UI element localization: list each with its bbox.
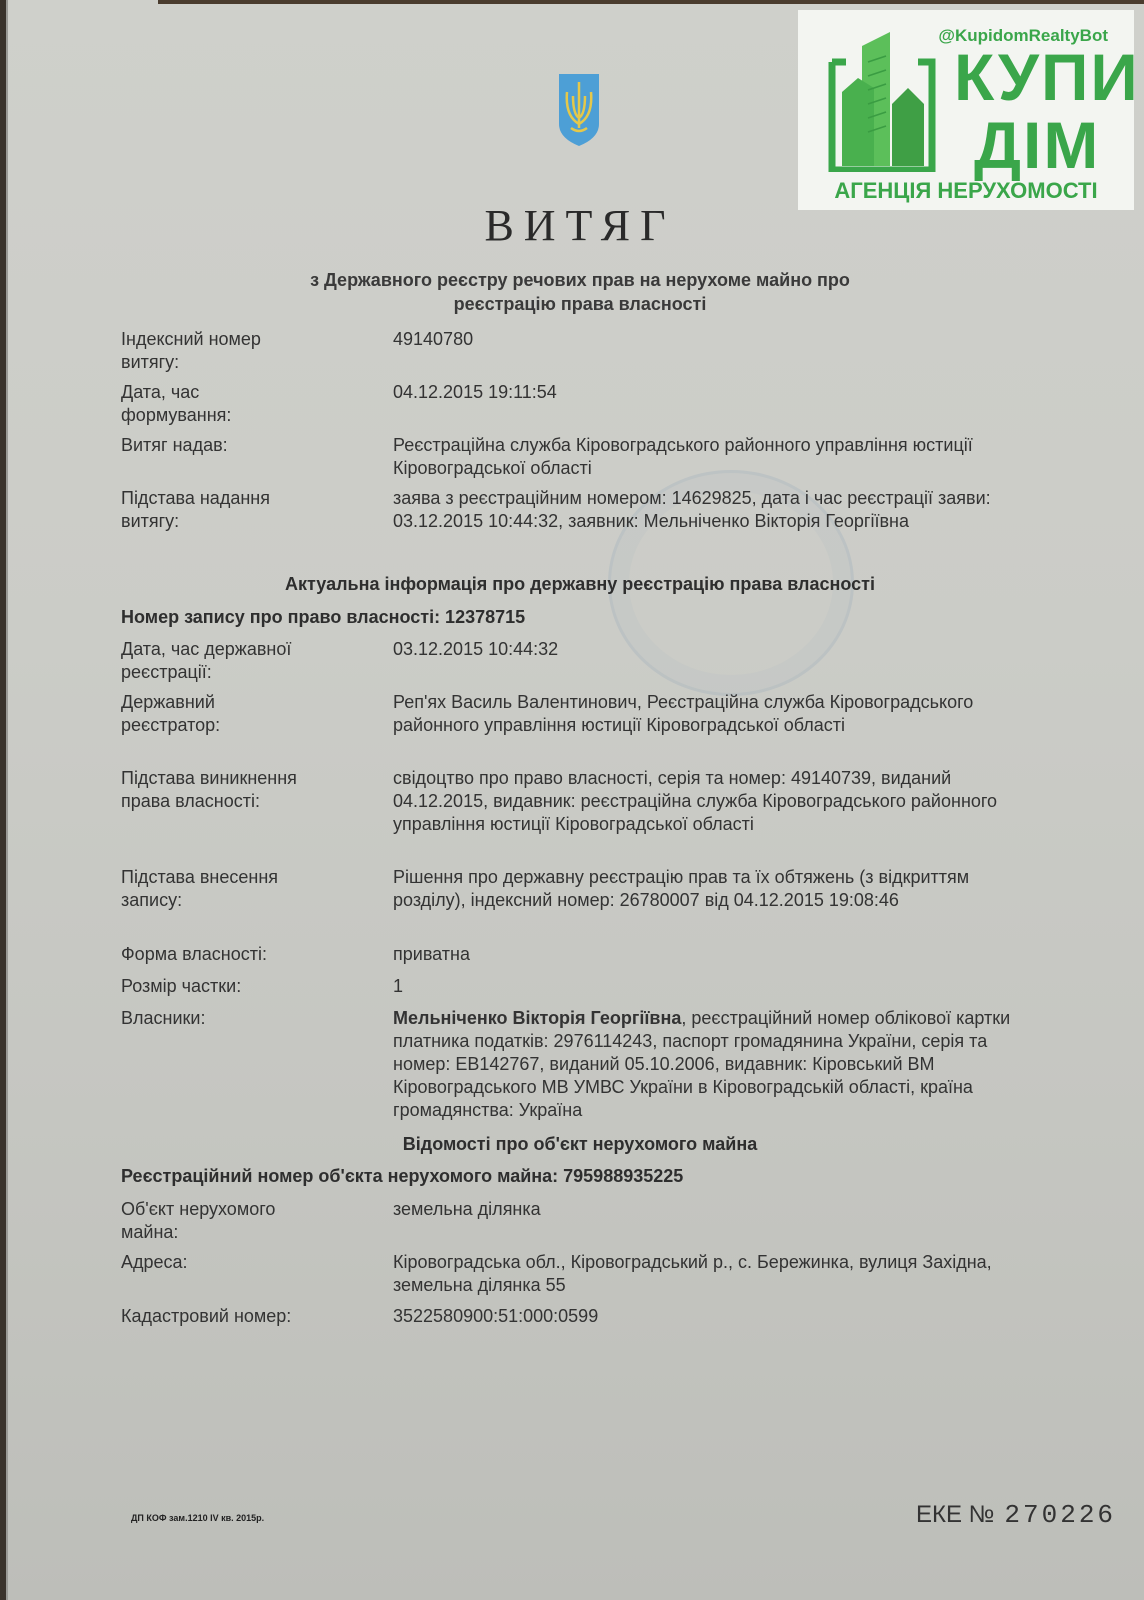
field-value: заява з реєстраційним номером: 14629825,… [393,487,1033,533]
document-subtitle: з Державного реєстру речових прав на нер… [8,268,1144,316]
field-label: Підстава надання витягу: [121,487,301,533]
property-reg-number: Реєстраційний номер об'єкта нерухомого м… [121,1166,683,1187]
background-edge [158,0,1144,4]
field-label: Об'єкт нерухомого майна: [121,1198,311,1244]
field-label: Підстава виникнення права власності: [121,767,341,813]
field-owners: Власники: Мельніченко Вікторія Георгіївн… [121,1007,1041,1125]
agency-watermark-logo: @KupidomRealtyBot КУПИ ДІМ АГЕНЦІЯ НЕРУХ… [798,10,1134,210]
section-title-property: Відомості про об'єкт нерухомого майна [8,1134,1144,1155]
series-number: ЕКЕ №270226 [916,1500,1116,1530]
field-value: земельна ділянка [393,1198,1033,1221]
field-formation-date: Дата, час формування: 04.12.2015 19:11:5… [121,381,1041,429]
series-label: ЕКЕ № [916,1501,994,1528]
field-label: Власники: [121,1007,371,1030]
owner-name: Мельніченко Вікторія Георгіївна [393,1008,681,1028]
field-label: Кадастровий номер: [121,1305,371,1328]
field-ownership-form: Форма власності: приватна [121,943,1041,967]
field-extract-index: Індексний номер витягу: 49140780 [121,328,1041,376]
field-cadastral-number: Кадастровий номер: 3522580900:51:000:059… [121,1305,1041,1329]
field-value: 49140780 [393,328,1033,351]
subtitle-line-2: реєстрацію права власності [8,292,1144,316]
field-label: Державний реєстратор: [121,691,271,737]
field-value: 3522580900:51:000:0599 [393,1305,1033,1328]
field-entry-basis: Підстава внесення запису: Рішення про де… [121,866,1041,936]
field-value: Кіровоградська обл., Кіровоградський р.,… [393,1251,1033,1297]
brand-line-2: ДІМ [974,110,1100,180]
field-label: Індексний номер витягу: [121,328,291,374]
field-value: свідоцтво про право власності, серія та … [393,767,1033,836]
field-registration-date: Дата, час державної реєстрації: 03.12.20… [121,638,1041,686]
field-value: Мельніченко Вікторія Георгіївна, реєстра… [393,1007,1033,1122]
field-label: Дата, час формування: [121,381,271,427]
field-value: 04.12.2015 19:11:54 [393,381,1033,404]
print-code: ДП КОФ зам.1210 IV кв. 2015р. [131,1513,264,1523]
ukraine-trident-icon [557,72,601,148]
field-ownership-basis: Підстава виникнення права власності: сві… [121,767,1041,859]
field-value: 03.12.2015 10:44:32 [393,638,1033,661]
field-label: Підстава внесення запису: [121,866,311,912]
field-share-size: Розмір частки: 1 [121,975,1041,999]
brand-line-1: КУПИ [954,42,1140,112]
subtitle-line-1: з Державного реєстру речових прав на нер… [8,268,1144,292]
field-registrar: Державний реєстратор: Реп'ях Василь Вале… [121,691,1041,761]
field-label: Дата, час державної реєстрації: [121,638,331,684]
field-provided-by: Витяг надав: Реєстраційна служба Кіровог… [121,434,1041,482]
field-value: 1 [393,975,1033,998]
field-property-object: Об'єкт нерухомого майна: земельна ділянк… [121,1198,1041,1246]
field-label: Розмір частки: [121,975,371,998]
agency-tagline: АГЕНЦІЯ НЕРУХОМОСТІ [798,178,1134,204]
field-address: Адреса: Кіровоградська обл., Кіровоградс… [121,1251,1041,1299]
series-value: 270226 [1004,1500,1116,1530]
buildings-icon [828,32,938,172]
field-value: Рішення про державну реєстрацію прав та … [393,866,1033,912]
field-value: Реєстраційна служба Кіровоградського рай… [393,434,1033,480]
document-page: ВИТЯГ з Державного реєстру речових прав … [6,0,1144,1600]
field-basis: Підстава надання витягу: заява з реєстра… [121,487,1041,557]
field-label: Форма власності: [121,943,371,966]
field-value: Реп'ях Василь Валентинович, Реєстраційна… [393,691,1033,737]
field-value: приватна [393,943,1033,966]
field-label: Витяг надав: [121,434,371,457]
section-title-ownership: Актуальна інформація про державну реєстр… [8,574,1144,595]
field-label: Адреса: [121,1251,371,1274]
ownership-record-number: Номер запису про право власності: 123787… [121,607,525,628]
